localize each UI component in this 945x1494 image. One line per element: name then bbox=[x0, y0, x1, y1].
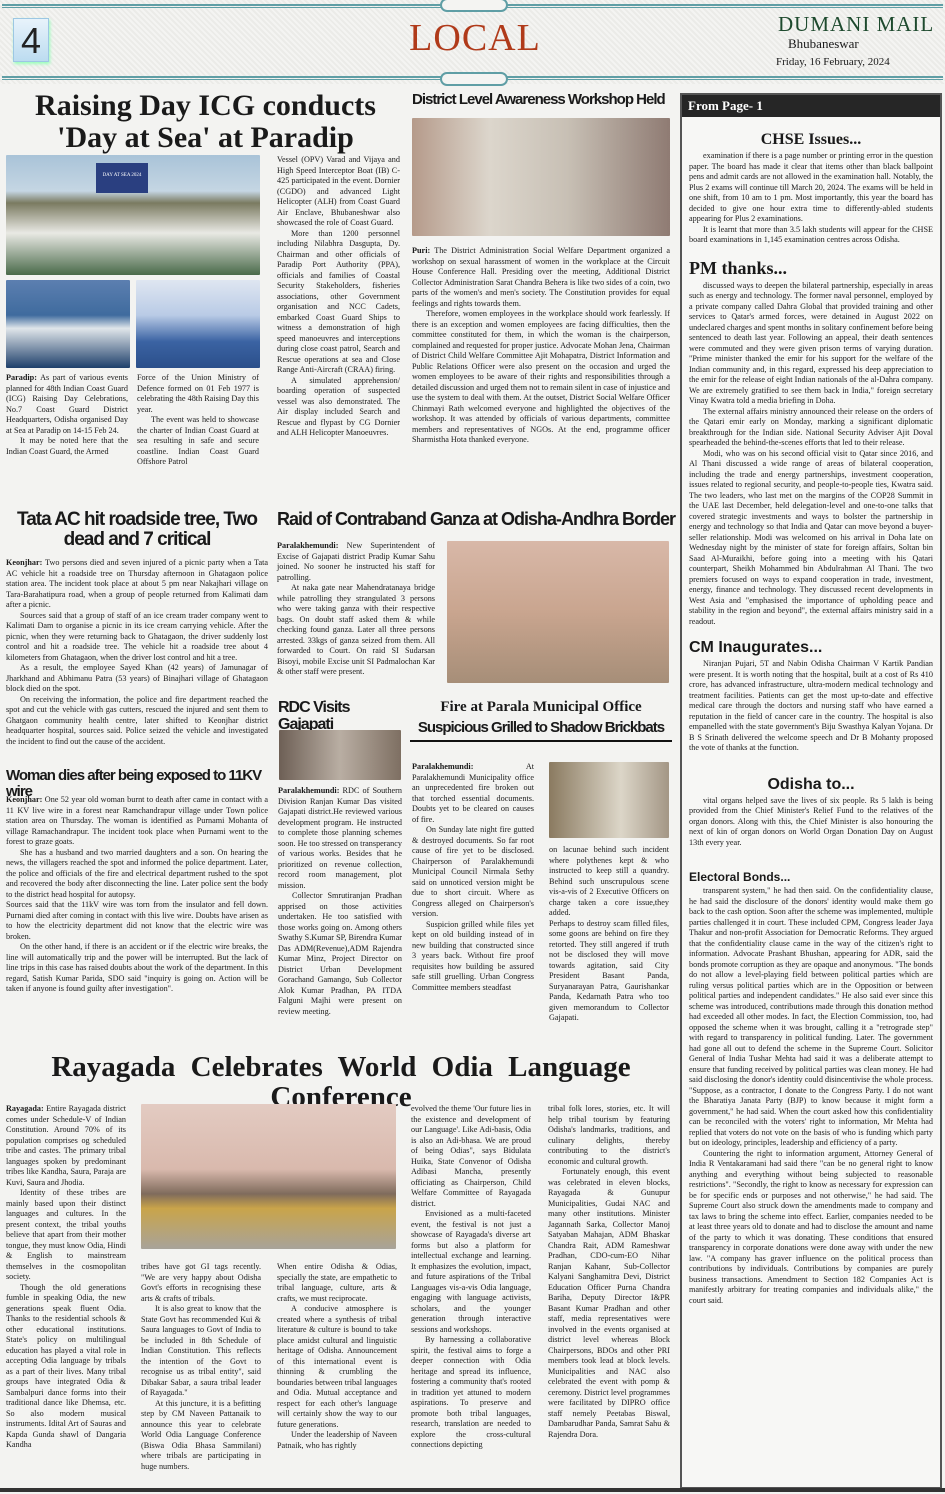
fire-memorandum-photo bbox=[549, 762, 669, 838]
rayagada-column-4: evolved the theme 'Our future lies in th… bbox=[411, 1104, 531, 1451]
from-page-1-box: From Page- 1 CHSE Issues... examination … bbox=[680, 93, 942, 1489]
icg-headline: Raising Day ICG conducts 'Day at Sea' at… bbox=[8, 90, 403, 153]
rayagada-group-photo bbox=[141, 1104, 396, 1249]
ornament-icon bbox=[440, 0, 508, 12]
pm-body: discussed ways to deepen the bilateral p… bbox=[689, 281, 933, 628]
box-header: From Page- 1 bbox=[682, 95, 940, 117]
workshop-body: Puri: The District Administration Social… bbox=[412, 246, 670, 446]
rayagada-column-2: tribes have got GI tags recently. "We ar… bbox=[141, 1262, 261, 1472]
odisha-title: Odisha to... bbox=[689, 776, 933, 794]
ganza-headline: Raid of Contraband Ganza at Odisha-Andhr… bbox=[277, 510, 677, 529]
headline-line-1: Fire at Parala Municipal Office bbox=[410, 700, 672, 716]
page-number: 4 bbox=[13, 18, 49, 62]
icg-ship-photo bbox=[6, 280, 130, 368]
rdc-body: Paralakhemundi: RDC of Southern Division… bbox=[278, 786, 402, 1017]
icg-group-photo: DAY AT SEA 2024 bbox=[6, 155, 260, 275]
edition-city: Bhubaneswar bbox=[788, 36, 859, 52]
fire-headline: Fire at Parala Municipal Office Suspicio… bbox=[410, 700, 672, 742]
rayagada-column-5: tribal folk lores, stories, etc. It will… bbox=[548, 1104, 670, 1440]
ornament-icon bbox=[440, 72, 508, 86]
icg-column-2: Force of the Union Ministry of Defence f… bbox=[137, 373, 259, 468]
edition-date: Friday, 16 February, 2024 bbox=[776, 56, 890, 68]
rayagada-column-1: Rayagada: Entire Rayagada district comes… bbox=[6, 1104, 126, 1451]
headline-line-1: Raising Day ICG conducts bbox=[8, 90, 403, 122]
woman-body: Keonjhar: One 52 year old woman burnt to… bbox=[6, 795, 268, 995]
tata-body: Keonjhar: Two persons died and seven inj… bbox=[6, 558, 268, 747]
headline-line-2: 'Day at Sea' at Paradip bbox=[8, 122, 403, 154]
odisha-body: vital organs helped save the lives of si… bbox=[689, 796, 933, 849]
rayagada-column-3: When entire Odisha & Odias, specially th… bbox=[277, 1262, 397, 1451]
rdc-headline: RDC Visits Gajapati bbox=[278, 700, 403, 734]
bonds-title: Electoral Bonds... bbox=[689, 870, 933, 884]
rdc-meeting-photo bbox=[279, 730, 401, 780]
pm-title: PM thanks... bbox=[689, 258, 933, 279]
workshop-headline: District Level Awareness Workshop Held bbox=[412, 92, 674, 108]
fire-column-2: on lacunae behind such incident where po… bbox=[549, 845, 669, 1024]
chse-title: CHSE Issues... bbox=[689, 131, 933, 149]
icg-helicopter-photo bbox=[136, 280, 260, 368]
ganza-body: Paralakhemundi: New Superintendent of Ex… bbox=[277, 541, 435, 678]
ganza-arrest-photo bbox=[447, 541, 669, 683]
cm-body: Niranjan Pujari, 5T and Nabin Odisha Cha… bbox=[689, 659, 933, 754]
icg-column-1: Paradip: As part of various events plann… bbox=[6, 373, 128, 457]
box-content: CHSE Issues... examination if there is a… bbox=[682, 117, 940, 1310]
fire-column-1: Paralakhemundi: At Paralakhemundi Munici… bbox=[412, 762, 534, 993]
workshop-photo bbox=[412, 118, 670, 236]
section-title: LOCAL bbox=[380, 16, 570, 60]
photo-banner: DAY AT SEA 2024 bbox=[96, 163, 148, 193]
tata-headline: Tata AC hit roadside tree, Two dead and … bbox=[6, 510, 268, 550]
headline-line-2: Suspicious Grilled to Shadow Brickbats bbox=[410, 720, 672, 736]
cm-title: CM Inaugurates... bbox=[689, 639, 933, 657]
page-bottom-rule bbox=[0, 1488, 945, 1492]
icg-column-3: Vessel (OPV) Varad and Vijaya and High S… bbox=[277, 155, 400, 439]
bonds-body: transparent system," he had then said. O… bbox=[689, 886, 933, 1306]
chse-body: examination if there is a page number or… bbox=[689, 151, 933, 246]
newspaper-brand: DUMANI MAIL bbox=[778, 12, 934, 37]
